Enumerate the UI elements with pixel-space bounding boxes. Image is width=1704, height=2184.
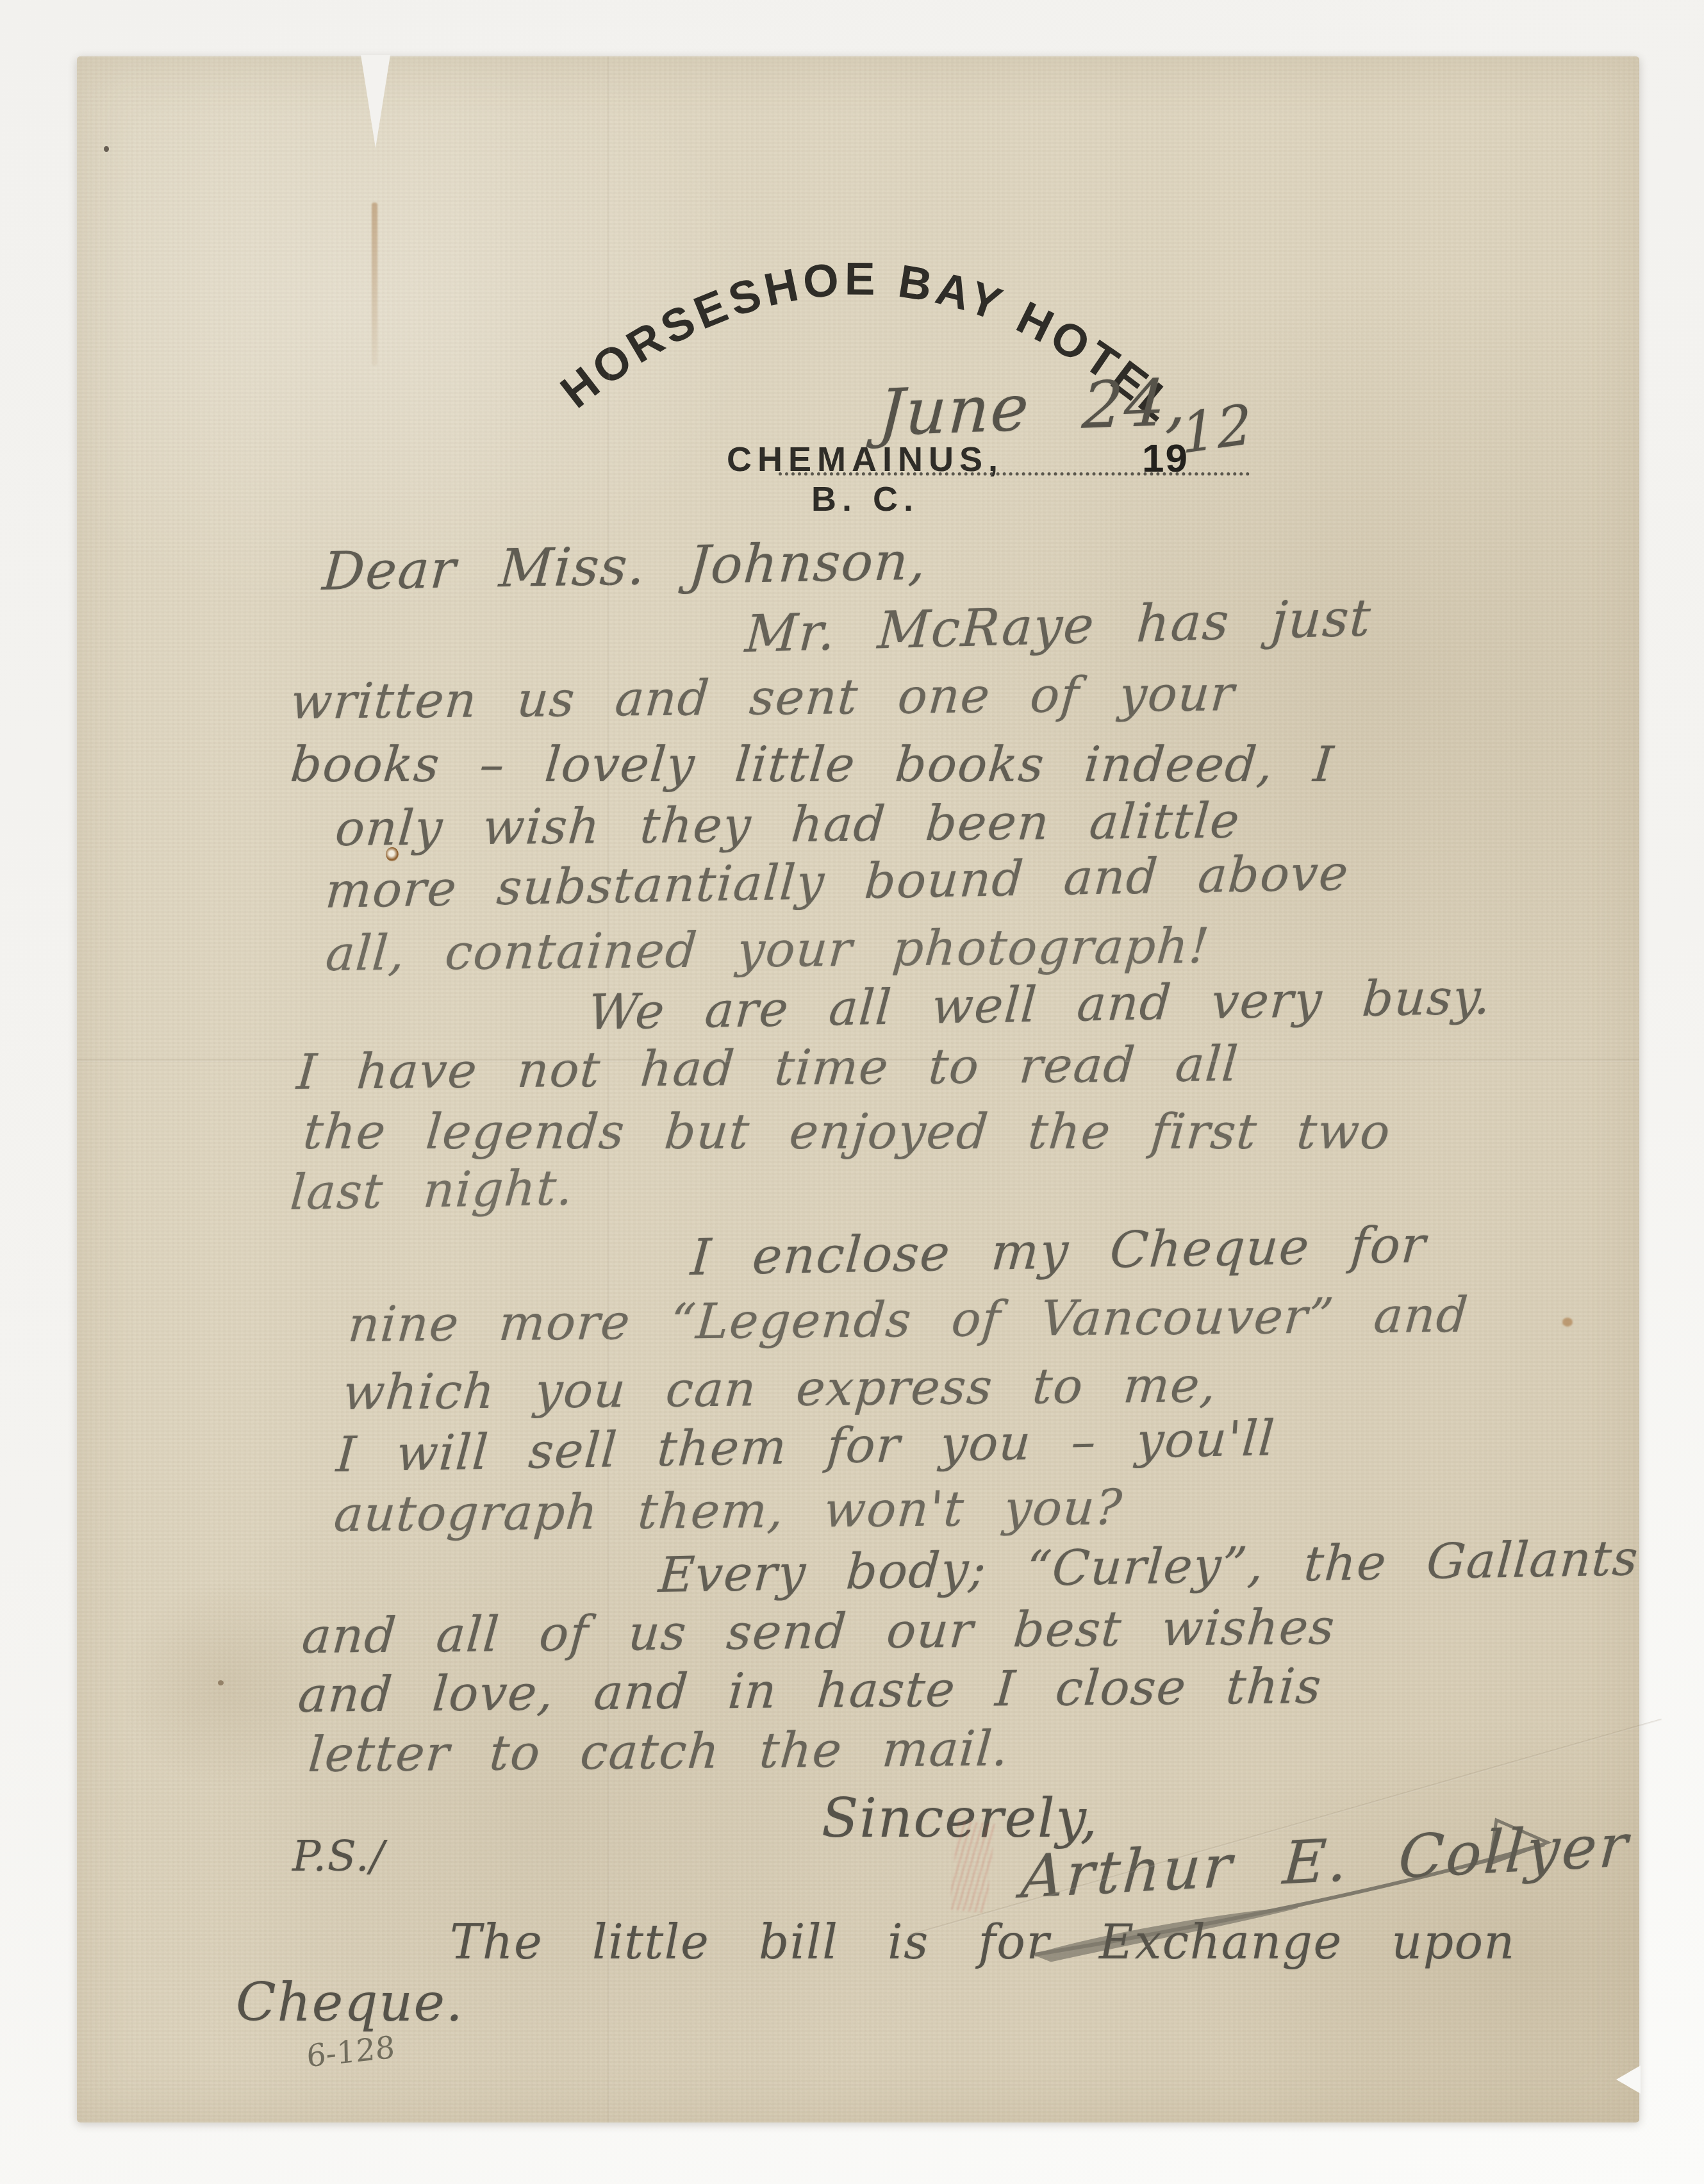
letter-line: which you can express to me, [341, 1356, 1219, 1421]
torn-edge-notch [361, 55, 390, 148]
letter-line: Dear Miss. Johnson, [320, 531, 929, 602]
postscript-label: P.S./ [292, 1832, 385, 1881]
letter-line: last night. [288, 1159, 575, 1221]
rust-spot [1562, 1318, 1573, 1327]
letter-line: autograph them, won't you? [332, 1478, 1125, 1543]
date-year-handwritten: 12 [1180, 392, 1255, 467]
paper-stain [115, 1582, 333, 1787]
letter-line: letter to catch the mail. [306, 1719, 1011, 1783]
letter-line: books – lovely little books indeed, I [288, 736, 1336, 793]
letter-line: I have not had time to read all [295, 1035, 1241, 1100]
torn-corner-nick [1616, 2065, 1641, 2094]
letter-line: nine more “Legends of Vancouver” and [346, 1286, 1471, 1353]
date-handwritten: June 24, [877, 365, 1190, 451]
rust-streak [372, 203, 377, 366]
letter-paper: HORSESHOE BAY HOTEL CHEMAINUS, B. C. 19 … [77, 56, 1639, 2122]
ink-speck [104, 146, 109, 152]
letter-line: and love, and in haste I close this [296, 1657, 1324, 1723]
letter-line: all, contained your photograph! [324, 917, 1212, 982]
postscript-line-2: Cheque. [236, 1973, 463, 2033]
vertical-fold-crease [608, 56, 610, 2122]
letter-line: and all of us send our best wishes [300, 1598, 1337, 1664]
letter-line: written us and sent one of your [288, 665, 1237, 730]
rust-pinhole [386, 847, 399, 861]
horizontal-fold-crease [77, 1059, 1639, 1062]
letter-line: only wish they had been alittle [333, 792, 1243, 857]
letter-line: the legends but enjoyed the first two [301, 1103, 1393, 1160]
scan-background: { "colors": { "paper": "#ddd4be", "backg… [0, 0, 1704, 2184]
